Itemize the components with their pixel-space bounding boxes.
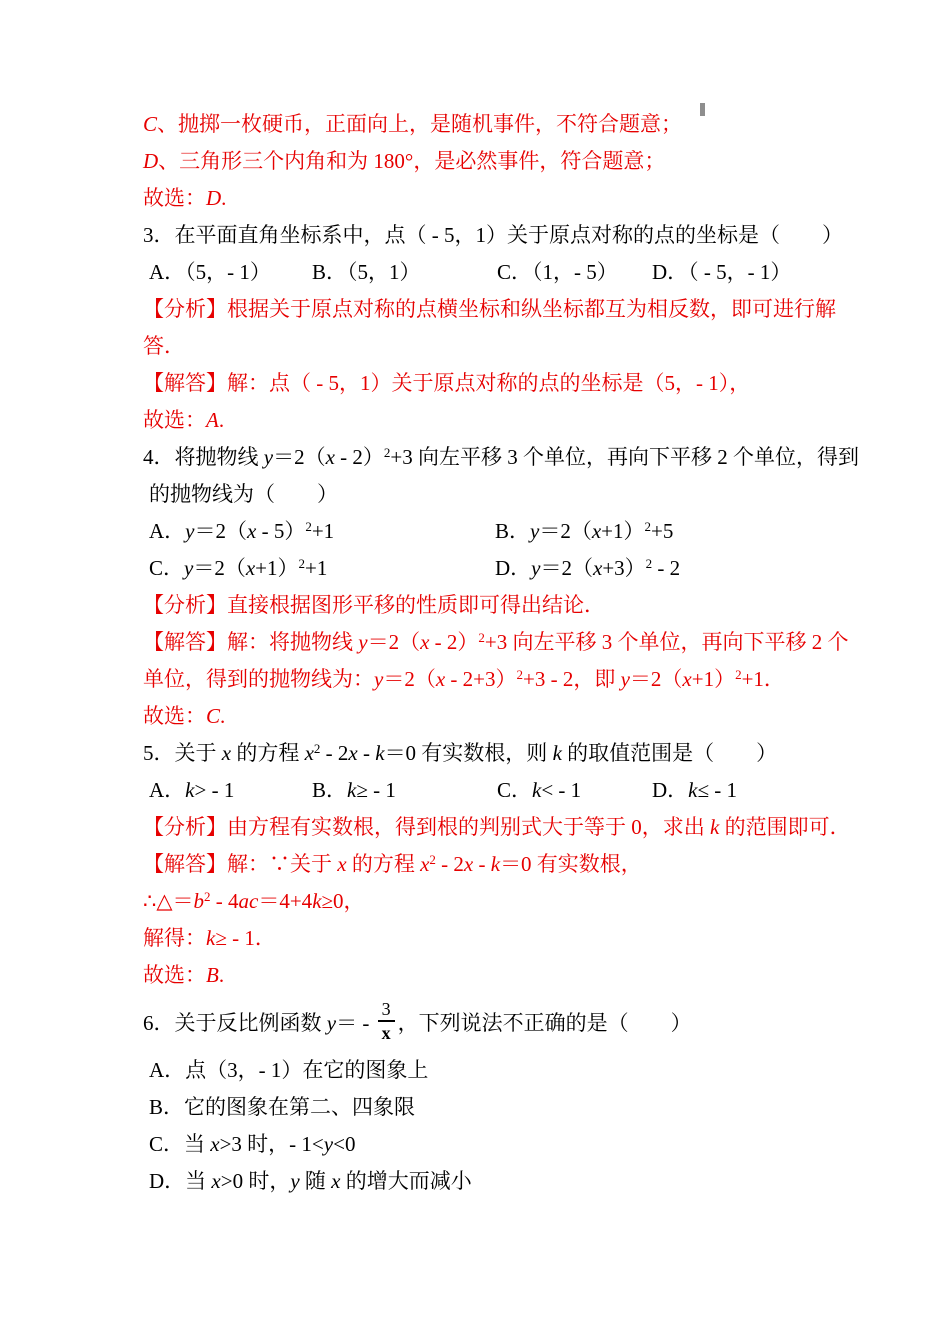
math-variable: k bbox=[185, 778, 194, 802]
text-run: - 2） bbox=[429, 630, 478, 654]
question-6-option-a: A．点（3，- 1）在它的图象上 bbox=[143, 1052, 850, 1089]
math-variable: x bbox=[326, 445, 335, 469]
question-4-options-ab: A．y＝2（x - 5）2+1B．y＝2（x+1）2+5 bbox=[149, 513, 850, 550]
solution-4-line1: 【解答】解：将抛物线 y＝2（x - 2）2+3 向左平移 3 个单位，再向下平… bbox=[143, 624, 850, 661]
math-variable: y bbox=[621, 667, 630, 691]
question-5: 5．关于 x 的方程 x2 - 2x - k＝0 有实数根，则 k 的取值范围是… bbox=[143, 735, 850, 772]
math-variable: y bbox=[530, 519, 539, 543]
text-run: ＝0 有实数根， bbox=[500, 852, 642, 876]
math-variable: k bbox=[688, 778, 697, 802]
fraction-denominator: x bbox=[378, 1020, 395, 1045]
text-run: 【分析】根据关于原点对称的点横坐标和纵坐标都互为相反数，即可进行解 bbox=[143, 297, 836, 321]
answer-2-line-d: D、三角形三个内角和为 180°，是必然事件，符合题意； bbox=[143, 143, 850, 180]
math-variable: x bbox=[247, 519, 256, 543]
math-variable: C bbox=[206, 704, 220, 728]
text-run: B．（5，1） bbox=[312, 260, 421, 284]
text-run: ＝0 有实数根，则 bbox=[385, 741, 553, 765]
text-run: >3 时，- 1< bbox=[220, 1132, 324, 1156]
text-run: 故选： bbox=[143, 186, 206, 210]
math-variable: y bbox=[185, 519, 194, 543]
text-run: 的增大而减小 bbox=[341, 1169, 472, 1193]
question-5-options-cell-3: D．k≤ - 1 bbox=[652, 772, 737, 809]
text-run: ≥0， bbox=[322, 889, 365, 913]
math-variable: x bbox=[331, 1169, 340, 1193]
math-variable: C bbox=[143, 112, 157, 136]
document-content: C、抛掷一枚硬币，正面向上，是随机事件，不符合题意；D、三角形三个内角和为 18… bbox=[143, 106, 850, 1200]
text-run: ＝2（ bbox=[273, 445, 326, 469]
question-3-options-cell-2: C．（1，- 5） bbox=[497, 254, 652, 291]
text-run: +1 bbox=[305, 556, 327, 580]
text-run: ＝ - bbox=[336, 1011, 375, 1035]
math-variable: x bbox=[593, 556, 602, 580]
math-variable: x bbox=[420, 852, 429, 876]
text-run: 、抛掷一枚硬币，正面向上，是随机事件，不符合题意； bbox=[157, 112, 682, 136]
math-variable: x bbox=[211, 1169, 220, 1193]
solution-3: 【解答】解：点（ - 5，1）关于原点对称的点的坐标是（5，- 1）， bbox=[143, 365, 850, 402]
text-run: - 2 bbox=[436, 852, 464, 876]
fraction-numerator: 3 bbox=[378, 999, 395, 1020]
text-run: - 2 bbox=[652, 556, 680, 580]
text-run: 6．关于反比例函数 bbox=[143, 1011, 327, 1035]
math-variable: x bbox=[436, 667, 445, 691]
math-variable: k bbox=[375, 741, 384, 765]
text-run: 的方程 bbox=[231, 741, 305, 765]
text-run: ≥ - 1． bbox=[215, 926, 276, 950]
question-3-options-cell-1: B．（5，1） bbox=[312, 254, 497, 291]
math-variable: x bbox=[337, 852, 346, 876]
question-5-options-cell-0: A．k> - 1 bbox=[149, 772, 312, 809]
question-6: 6．关于反比例函数 y＝ - 3x，下列说法不正确的是（ ） bbox=[143, 994, 850, 1052]
text-run: D．（ - 5，- 1） bbox=[652, 260, 791, 284]
math-variable: x bbox=[464, 852, 473, 876]
text-run: B．它的图象在第二、四象限 bbox=[149, 1095, 415, 1119]
text-run: D． bbox=[495, 556, 531, 580]
text-run: >0 时， bbox=[221, 1169, 291, 1193]
answer-5-choice: 故选：B. bbox=[143, 957, 850, 994]
math-variable: y bbox=[358, 630, 367, 654]
math-variable: x bbox=[305, 741, 314, 765]
text-run: - bbox=[473, 852, 491, 876]
solution-5-line2: ∴△＝b2 - 4ac＝4+4k≥0， bbox=[143, 883, 850, 920]
text-run: ≤ - 1 bbox=[698, 778, 738, 802]
analysis-3-line2: 答． bbox=[143, 328, 850, 365]
text-run: 的取值范围是（ ） bbox=[562, 741, 777, 765]
text-run: +3） bbox=[602, 556, 645, 580]
text-run: ∴△＝ bbox=[143, 889, 194, 913]
math-variable: k bbox=[491, 852, 500, 876]
text-run: . bbox=[219, 408, 224, 432]
text-run: ＝4+4 bbox=[258, 889, 312, 913]
text-run: - 4 bbox=[211, 889, 239, 913]
math-variable: k bbox=[347, 778, 356, 802]
text-run: +1 bbox=[312, 519, 334, 543]
math-variable: y bbox=[324, 1132, 333, 1156]
math-variable: x bbox=[246, 556, 255, 580]
text-run: 【解答】解：将抛物线 bbox=[143, 630, 358, 654]
math-variable: k bbox=[553, 741, 562, 765]
text-run: 4．将抛物线 bbox=[143, 445, 264, 469]
text-run: <0 bbox=[333, 1132, 355, 1156]
text-run: B． bbox=[495, 519, 530, 543]
answer-3-choice: 故选：A. bbox=[143, 402, 850, 439]
text-run: ＝2（ bbox=[541, 556, 594, 580]
text-run: ＝2（ bbox=[630, 667, 683, 691]
math-variable: k bbox=[532, 778, 541, 802]
math-variable: D bbox=[206, 186, 221, 210]
math-variable: b bbox=[194, 889, 205, 913]
math-variable: k bbox=[312, 889, 321, 913]
solution-5-line1: 【解答】解：∵关于 x 的方程 x2 - 2x - k＝0 有实数根， bbox=[143, 846, 850, 883]
text-run: 单位，得到的抛物线为： bbox=[143, 667, 374, 691]
question-4-line1: 4．将抛物线 y＝2（x - 2）2+3 向左平移 3 个单位，再向下平移 2 … bbox=[143, 439, 850, 476]
text-run: 【分析】由方程有实数根，得到根的判别式大于等于 0，求出 bbox=[143, 815, 710, 839]
text-run: 、三角形三个内角和为 180°，是必然事件，符合题意； bbox=[158, 149, 665, 173]
question-5-options: A．k> - 1B．k≥ - 1C．k< - 1D．k≤ - 1 bbox=[149, 772, 850, 809]
math-variable: k bbox=[710, 815, 719, 839]
text-run: - bbox=[358, 741, 376, 765]
math-variable: x bbox=[592, 519, 601, 543]
text-run: +3 向左平移 3 个单位，再向下平移 2 个 bbox=[485, 630, 849, 654]
question-6-option-b: B．它的图象在第二、四象限 bbox=[143, 1089, 850, 1126]
text-run: 的范围即可． bbox=[719, 815, 850, 839]
text-run: < - 1 bbox=[541, 778, 581, 802]
text-run: 随 bbox=[300, 1169, 332, 1193]
text-run: +1． bbox=[742, 667, 785, 691]
text-run: +3 向左平移 3 个单位，再向下平移 2 个单位，得到 bbox=[390, 445, 859, 469]
math-variable: x bbox=[348, 741, 357, 765]
solution-5-line3: 解得：k≥ - 1． bbox=[143, 920, 850, 957]
text-run: ＝2（ bbox=[368, 630, 421, 654]
math-variable: x bbox=[682, 667, 691, 691]
text-run: A．点（3，- 1）在它的图象上 bbox=[149, 1058, 428, 1082]
text-run: D． bbox=[652, 778, 688, 802]
question-3-options-cell-3: D．（ - 5，- 1） bbox=[652, 254, 791, 291]
answer-2-choice: 故选：D. bbox=[143, 180, 850, 217]
question-4-options-ab-cell-1: B．y＝2（x+1）2+5 bbox=[495, 513, 673, 550]
text-run: . bbox=[221, 186, 226, 210]
text-run: C．当 bbox=[149, 1132, 210, 1156]
text-run: ＝2（ bbox=[193, 556, 246, 580]
text-run: +1） bbox=[255, 556, 298, 580]
analysis-4: 【分析】直接根据图形平移的性质即可得出结论． bbox=[143, 587, 850, 624]
text-run: ＝2（ bbox=[539, 519, 592, 543]
math-variable: x bbox=[210, 1132, 219, 1156]
text-run: 的方程 bbox=[347, 852, 421, 876]
text-run: 【解答】解：点（ - 5，1）关于原点对称的点的坐标是（5，- 1）， bbox=[143, 371, 750, 395]
answer-4-choice: 故选：C. bbox=[143, 698, 850, 735]
math-variable: B bbox=[206, 963, 219, 987]
math-variable: k bbox=[206, 926, 215, 950]
text-run: +1） bbox=[692, 667, 735, 691]
math-variable: y bbox=[184, 556, 193, 580]
text-run: 答． bbox=[143, 334, 185, 358]
document-page: C、抛掷一枚硬币，正面向上，是随机事件，不符合题意；D、三角形三个内角和为 18… bbox=[0, 0, 950, 1344]
math-variable: y bbox=[327, 1011, 336, 1035]
text-run: A．（5，- 1） bbox=[149, 260, 271, 284]
fraction: 3x bbox=[378, 999, 395, 1045]
text-run: . bbox=[220, 704, 225, 728]
text-run: 故选： bbox=[143, 704, 206, 728]
text-run: 故选： bbox=[143, 408, 206, 432]
text-run: 的抛物线为（ ） bbox=[149, 482, 338, 506]
text-run: C． bbox=[497, 778, 532, 802]
math-variable: y bbox=[264, 445, 273, 469]
question-4-options-ab-cell-0: A．y＝2（x - 5）2+1 bbox=[149, 513, 495, 550]
question-4-options-cd-cell-0: C．y＝2（x+1）2+1 bbox=[149, 550, 495, 587]
text-run: 解得： bbox=[143, 926, 206, 950]
text-run: A． bbox=[149, 778, 185, 802]
text-run: 【解答】解：∵关于 bbox=[143, 852, 337, 876]
question-4-options-cd: C．y＝2（x+1）2+1D．y＝2（x+3）2 - 2 bbox=[149, 550, 850, 587]
question-3: 3．在平面直角坐标系中，点（ - 5，1）关于原点对称的点的坐标是（ ） bbox=[143, 217, 850, 254]
analysis-5: 【分析】由方程有实数根，得到根的判别式大于等于 0，求出 k 的范围即可． bbox=[143, 809, 850, 846]
question-3-options: A．（5，- 1）B．（5，1）C．（1，- 5）D．（ - 5，- 1） bbox=[149, 254, 850, 291]
text-run: ＝2（ bbox=[383, 667, 436, 691]
question-6-option-c: C．当 x>3 时，- 1<y<0 bbox=[143, 1126, 850, 1163]
question-4-options-cd-cell-1: D．y＝2（x+3）2 - 2 bbox=[495, 550, 680, 587]
text-run: ，下列说法不正确的是（ ） bbox=[398, 1011, 692, 1035]
text-run: +1） bbox=[601, 519, 644, 543]
math-variable: y bbox=[374, 667, 383, 691]
text-run: > - 1 bbox=[195, 778, 235, 802]
text-run: D．当 bbox=[149, 1169, 211, 1193]
text-run: 3．在平面直角坐标系中，点（ - 5，1）关于原点对称的点的坐标是（ ） bbox=[143, 223, 843, 247]
text-run: - 2 bbox=[320, 741, 348, 765]
math-variable: y bbox=[290, 1169, 299, 1193]
question-5-options-cell-2: C．k< - 1 bbox=[497, 772, 652, 809]
text-run: ＝2（ bbox=[195, 519, 248, 543]
answer-2-line-c: C、抛掷一枚硬币，正面向上，是随机事件，不符合题意； bbox=[143, 106, 850, 143]
question-4-line2: 的抛物线为（ ） bbox=[143, 476, 850, 513]
text-run: . bbox=[219, 963, 224, 987]
text-run: C．（1，- 5） bbox=[497, 260, 618, 284]
math-variable: x bbox=[222, 741, 231, 765]
text-run: 5．关于 bbox=[143, 741, 222, 765]
question-6-option-d: D．当 x>0 时，y 随 x 的增大而减小 bbox=[143, 1163, 850, 1200]
text-run: C． bbox=[149, 556, 184, 580]
text-run: - 2） bbox=[335, 445, 384, 469]
text-run: B． bbox=[312, 778, 347, 802]
question-5-options-cell-1: B．k≥ - 1 bbox=[312, 772, 497, 809]
analysis-3-line1: 【分析】根据关于原点对称的点横坐标和纵坐标都互为相反数，即可进行解 bbox=[143, 291, 850, 328]
solution-4-line2: 单位，得到的抛物线为：y＝2（x - 2+3）2+3 - 2，即 y＝2（x+1… bbox=[143, 661, 850, 698]
math-variable: D bbox=[143, 149, 158, 173]
math-variable: y bbox=[531, 556, 540, 580]
text-run: - 5） bbox=[256, 519, 305, 543]
question-3-options-cell-0: A．（5，- 1） bbox=[149, 254, 312, 291]
text-run: ≥ - 1 bbox=[356, 778, 396, 802]
math-variable: A bbox=[206, 408, 219, 432]
text-run: +3 - 2，即 bbox=[523, 667, 621, 691]
text-run: A． bbox=[149, 519, 185, 543]
text-run: - 2+3） bbox=[445, 667, 516, 691]
text-run: 故选： bbox=[143, 963, 206, 987]
math-variable: x bbox=[420, 630, 429, 654]
math-variable: ac bbox=[239, 889, 259, 913]
text-run: +5 bbox=[651, 519, 673, 543]
text-run: 【分析】直接根据图形平移的性质即可得出结论． bbox=[143, 593, 605, 617]
